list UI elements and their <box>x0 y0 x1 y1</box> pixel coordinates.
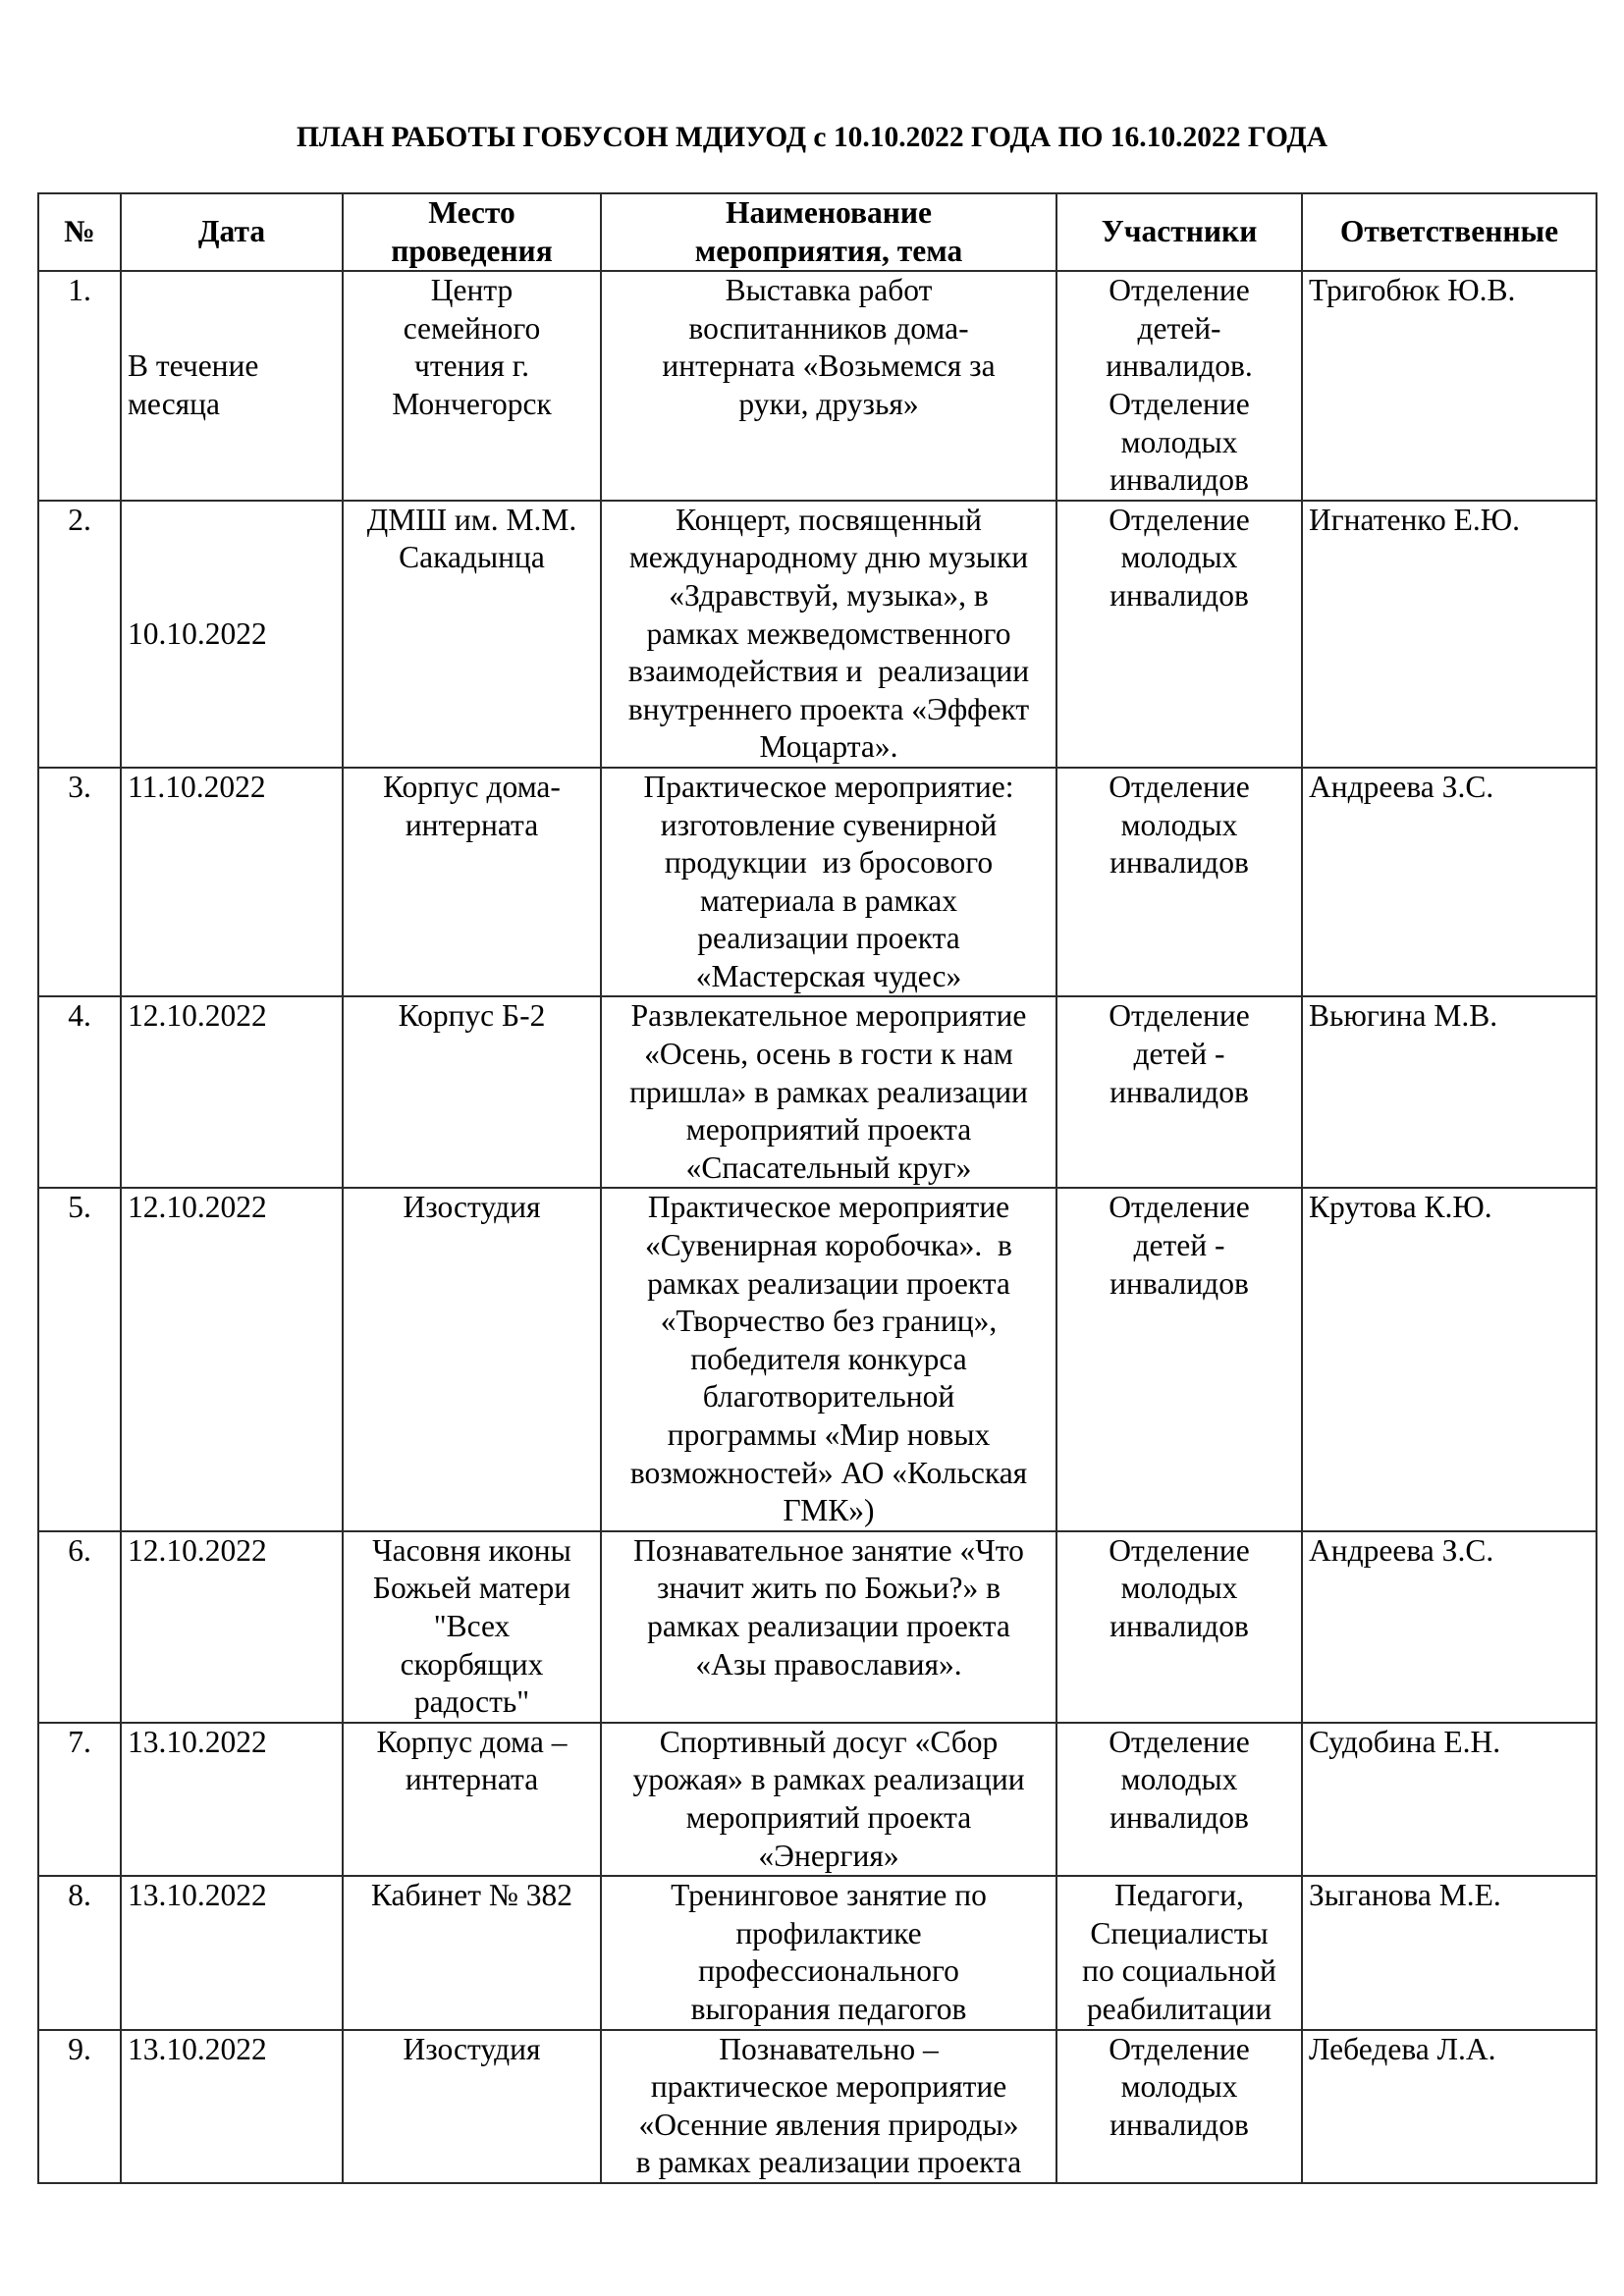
text-line: Отделение <box>1063 1532 1295 1571</box>
text-line: урожая» в рамках реализации <box>608 1761 1050 1799</box>
text-line: Отделение <box>1063 769 1295 807</box>
text-line: руки, друзья» <box>608 386 1050 424</box>
text-line: Изостудия <box>350 1189 594 1227</box>
text-line: Божьей матери <box>350 1570 594 1608</box>
table-row: 2.10.10.2022ДМШ им. М.М.СакадынцаКонцерт… <box>38 501 1597 768</box>
text-line: международному дню музыки <box>608 539 1050 577</box>
work-plan-table: № Дата Местопроведения Наименованиемероп… <box>37 192 1597 2184</box>
date-cell: 13.10.2022 <box>121 1723 343 1876</box>
text-line: Зыганова М.Е. <box>1309 1877 1590 1915</box>
text-line: молодых <box>1063 1570 1295 1608</box>
text-line: месяца <box>128 386 336 424</box>
responsible-cell: Игнатенко Е.Ю. <box>1302 501 1597 768</box>
row-number: 8. <box>38 1876 121 2029</box>
text-line: Крутова К.Ю. <box>1309 1189 1590 1227</box>
text-line: ГМК») <box>608 1492 1050 1530</box>
text-line: Отделение <box>1063 272 1295 310</box>
text-line: Корпус Б-2 <box>350 997 594 1036</box>
date-cell: 12.10.2022 <box>121 1531 343 1723</box>
text-line: Отделение <box>1063 2031 1295 2069</box>
event-cell: Выставка работвоспитанников дома-интерна… <box>601 271 1056 501</box>
table-row: 7.13.10.2022Корпус дома –интернатаСпорти… <box>38 1723 1597 1876</box>
event-cell: Развлекательное мероприятие«Осень, осень… <box>601 996 1056 1188</box>
text-line: ДМШ им. М.М. <box>350 502 594 540</box>
header-number: № <box>38 193 121 271</box>
text-line: мероприятий проекта <box>608 1111 1050 1149</box>
text-line: «Азы православия». <box>608 1646 1050 1684</box>
date-cell: 13.10.2022 <box>121 1876 343 2029</box>
row-number: 1. <box>38 271 121 501</box>
table-row: 6.12.10.2022Часовня иконыБожьей матери"В… <box>38 1531 1597 1723</box>
text-line: Отделение <box>1063 1724 1295 1762</box>
header-date: Дата <box>121 193 343 271</box>
participants-cell: Отделениемолодыхинвалидов <box>1056 1531 1302 1723</box>
responsible-cell: Вьюгина М.В. <box>1302 996 1597 1188</box>
responsible-cell: Судобина Е.Н. <box>1302 1723 1597 1876</box>
text-line: Практическое мероприятие <box>608 1189 1050 1227</box>
text-line: «Энергия» <box>608 1838 1050 1876</box>
responsible-cell: Лебедева Л.А. <box>1302 2030 1597 2183</box>
text-line: проведения <box>350 233 594 271</box>
row-number: 9. <box>38 2030 121 2183</box>
row-number: 3. <box>38 768 121 997</box>
text-line: Отделение <box>1063 1189 1295 1227</box>
date-cell: 13.10.2022 <box>121 2030 343 2183</box>
text-line: Корпус дома – <box>350 1724 594 1762</box>
text-line: реализации проекта <box>608 920 1050 958</box>
text-line: Тренинговое занятие по <box>608 1877 1050 1915</box>
header-participants: Участники <box>1056 193 1302 271</box>
place-cell: Изостудия <box>343 1188 601 1530</box>
place-cell: Центрсемейногочтения г.Мончегорск <box>343 271 601 501</box>
text-line: Познавательно – <box>608 2031 1050 2069</box>
place-cell: Кабинет № 382 <box>343 1876 601 2029</box>
text-line: детей - <box>1063 1036 1295 1074</box>
date-cell: 10.10.2022 <box>121 501 343 768</box>
row-number: 5. <box>38 1188 121 1530</box>
participants-cell: Отделениедетей -инвалидов <box>1056 996 1302 1188</box>
text-line: Ответственные <box>1309 213 1590 251</box>
text-line: возможностей» АО «Кольская <box>608 1455 1050 1493</box>
text-line: 13.10.2022 <box>128 2031 336 2069</box>
text-line: семейного <box>350 310 594 348</box>
row-number: 2. <box>38 501 121 768</box>
text-line: Тригобюк Ю.В. <box>1309 272 1590 310</box>
row-number: 6. <box>38 1531 121 1723</box>
text-line: интерната <box>350 807 594 845</box>
text-line: рамках реализации проекта <box>608 1608 1050 1646</box>
text-line: 13.10.2022 <box>128 1724 336 1762</box>
text-line: Судобина Е.Н. <box>1309 1724 1590 1762</box>
text-line: 12.10.2022 <box>128 1189 336 1227</box>
text-line: молодых <box>1063 807 1295 845</box>
participants-cell: Отделениедетей-инвалидов.Отделениемолоды… <box>1056 271 1302 501</box>
text-line: программы «Мир новых <box>608 1416 1050 1455</box>
text-line: инвалидов <box>1063 844 1295 882</box>
event-cell: Познавательно –практическое мероприятие«… <box>601 2030 1056 2183</box>
text-line: внутреннего проекта «Эффект <box>608 691 1050 729</box>
header-event: Наименованиемероприятия, тема <box>601 193 1056 271</box>
text-line: Педагоги, <box>1063 1877 1295 1915</box>
text-line: Изостудия <box>350 2031 594 2069</box>
text-line: Концерт, посвященный <box>608 502 1050 540</box>
place-cell: ДМШ им. М.М.Сакадынца <box>343 501 601 768</box>
text-line: Отделение <box>1063 502 1295 540</box>
text-line: в рамках реализации проекта <box>608 2144 1050 2182</box>
text-line: Отделение <box>1063 997 1295 1036</box>
text-line: инвалидов <box>1063 1074 1295 1112</box>
text-line: молодых <box>1063 2068 1295 2107</box>
text-line: Место <box>350 194 594 233</box>
text-line: Развлекательное мероприятие <box>608 997 1050 1036</box>
text-line: № <box>45 213 114 251</box>
text-line: «Творчество без границ», <box>608 1303 1050 1341</box>
text-line: скорбящих <box>350 1646 594 1684</box>
text-line: «Мастерская чудес» <box>608 958 1050 996</box>
text-line: Моцарта». <box>608 728 1050 767</box>
table-row: 1.В течениемесяцаЦентрсемейногочтения г.… <box>38 271 1597 501</box>
text-line: Практическое мероприятие: <box>608 769 1050 807</box>
text-line: Центр <box>350 272 594 310</box>
participants-cell: Педагоги,Специалистыпо социальнойреабили… <box>1056 1876 1302 2029</box>
text-line: инвалидов <box>1063 1799 1295 1838</box>
text-line: «Осень, осень в гости к нам <box>608 1036 1050 1074</box>
text-line: Выставка работ <box>608 272 1050 310</box>
text-line: выгорания педагогов <box>608 1991 1050 2029</box>
date-cell: 11.10.2022 <box>121 768 343 997</box>
text-line: профилактике <box>608 1915 1050 1953</box>
event-cell: Концерт, посвященныймеждународному дню м… <box>601 501 1056 768</box>
text-line: детей- <box>1063 310 1295 348</box>
place-cell: Часовня иконыБожьей матери"Всехскорбящих… <box>343 1531 601 1723</box>
text-line: «Спасательный круг» <box>608 1149 1050 1188</box>
row-number: 4. <box>38 996 121 1188</box>
place-cell: Корпус дома –интерната <box>343 1723 601 1876</box>
participants-cell: Отделениедетей -инвалидов <box>1056 1188 1302 1530</box>
event-cell: Спортивный досуг «Сборурожая» в рамках р… <box>601 1723 1056 1876</box>
participants-cell: Отделениемолодыхинвалидов <box>1056 768 1302 997</box>
responsible-cell: Андреева З.С. <box>1302 768 1597 997</box>
text-line: Сакадынца <box>350 539 594 577</box>
text-line: детей - <box>1063 1227 1295 1265</box>
row-number: 7. <box>38 1723 121 1876</box>
text-line: инвалидов <box>1063 2107 1295 2145</box>
place-cell: Корпус Б-2 <box>343 996 601 1188</box>
text-line: победителя конкурса <box>608 1341 1050 1379</box>
text-line: Наименование <box>608 194 1050 233</box>
text-line: молодых <box>1063 539 1295 577</box>
date-cell: 12.10.2022 <box>121 996 343 1188</box>
place-cell: Изостудия <box>343 2030 601 2183</box>
event-cell: Практическое мероприятие«Сувенирная коро… <box>601 1188 1056 1530</box>
text-line: благотворительной <box>608 1378 1050 1416</box>
text-line: инвалидов <box>1063 1608 1295 1646</box>
text-line: 11.10.2022 <box>128 769 336 807</box>
text-line: продукции из бросового <box>608 844 1050 882</box>
text-line: мероприятий проекта <box>608 1799 1050 1838</box>
text-line: интерната <box>350 1761 594 1799</box>
text-line: Дата <box>128 213 336 251</box>
text-line: 10.10.2022 <box>128 615 336 654</box>
text-line: 12.10.2022 <box>128 997 336 1036</box>
table-row: 4.12.10.2022Корпус Б-2Развлекательное ме… <box>38 996 1597 1188</box>
text-line: радость" <box>350 1683 594 1722</box>
text-line: инвалидов <box>1063 577 1295 615</box>
event-cell: Практическое мероприятие:изготовление су… <box>601 768 1056 997</box>
responsible-cell: Крутова К.Ю. <box>1302 1188 1597 1530</box>
text-line: Специалисты <box>1063 1915 1295 1953</box>
text-line: интерната «Возьмемся за <box>608 347 1050 386</box>
text-line: Вьюгина М.В. <box>1309 997 1590 1036</box>
responsible-cell: Андреева З.С. <box>1302 1531 1597 1723</box>
text-line: Андреева З.С. <box>1309 1532 1590 1571</box>
text-line: «Сувенирная коробочка». в <box>608 1227 1050 1265</box>
text-line: В течение <box>128 347 336 386</box>
text-line: «Осенние явления природы» <box>608 2107 1050 2145</box>
text-line: воспитанников дома- <box>608 310 1050 348</box>
responsible-cell: Зыганова М.Е. <box>1302 1876 1597 2029</box>
table-row: 5.12.10.2022ИзостудияПрактическое меропр… <box>38 1188 1597 1530</box>
text-line: Участники <box>1063 213 1295 251</box>
text-line: инвалидов <box>1063 1265 1295 1304</box>
text-line: Корпус дома- <box>350 769 594 807</box>
text-line: молодых <box>1063 1761 1295 1799</box>
text-line: практическое мероприятие <box>608 2068 1050 2107</box>
text-line: значит жить по Божьи?» в <box>608 1570 1050 1608</box>
text-line: Отделение <box>1063 386 1295 424</box>
text-line: профессионального <box>608 1952 1050 1991</box>
text-line: Спортивный досуг «Сбор <box>608 1724 1050 1762</box>
text-line: по социальной <box>1063 1952 1295 1991</box>
event-cell: Тренинговое занятие попрофилактикепрофес… <box>601 1876 1056 2029</box>
text-line: «Здравствуй, музыка», в <box>608 577 1050 615</box>
text-line: изготовление сувенирной <box>608 807 1050 845</box>
table-row: 3.11.10.2022Корпус дома-интернатаПрактич… <box>38 768 1597 997</box>
table-body: 1.В течениемесяцаЦентрсемейногочтения г.… <box>38 271 1597 2183</box>
text-line: рамках реализации проекта <box>608 1265 1050 1304</box>
document-title: ПЛАН РАБОТЫ ГОБУСОН МДИУОД с 10.10.2022 … <box>0 118 1624 157</box>
text-line: Мончегорск <box>350 386 594 424</box>
text-line: Познавательное занятие «Что <box>608 1532 1050 1571</box>
text-line: инвалидов. <box>1063 347 1295 386</box>
participants-cell: Отделениемолодыхинвалидов <box>1056 501 1302 768</box>
text-line: материала в рамках <box>608 882 1050 921</box>
text-line: 12.10.2022 <box>128 1532 336 1571</box>
text-line: Андреева З.С. <box>1309 769 1590 807</box>
text-line: Игнатенко Е.Ю. <box>1309 502 1590 540</box>
header-place: Местопроведения <box>343 193 601 271</box>
date-cell: 12.10.2022 <box>121 1188 343 1530</box>
responsible-cell: Тригобюк Ю.В. <box>1302 271 1597 501</box>
text-line: "Всех <box>350 1608 594 1646</box>
date-cell: В течениемесяца <box>121 271 343 501</box>
text-line: 13.10.2022 <box>128 1877 336 1915</box>
text-line: молодых <box>1063 424 1295 462</box>
place-cell: Корпус дома-интерната <box>343 768 601 997</box>
text-line: Часовня иконы <box>350 1532 594 1571</box>
text-line: Кабинет № 382 <box>350 1877 594 1915</box>
participants-cell: Отделениемолодыхинвалидов <box>1056 1723 1302 1876</box>
table-header-row: № Дата Местопроведения Наименованиемероп… <box>38 193 1597 271</box>
participants-cell: Отделениемолодыхинвалидов <box>1056 2030 1302 2183</box>
event-cell: Познавательное занятие «Чтозначит жить п… <box>601 1531 1056 1723</box>
text-line: мероприятия, тема <box>608 233 1050 271</box>
text-line: рамках межведомственного <box>608 615 1050 654</box>
header-responsible: Ответственные <box>1302 193 1597 271</box>
table-row: 9.13.10.2022ИзостудияПознавательно –прак… <box>38 2030 1597 2183</box>
text-line: чтения г. <box>350 347 594 386</box>
text-line: пришла» в рамках реализации <box>608 1074 1050 1112</box>
text-line: реабилитации <box>1063 1991 1295 2029</box>
table-row: 8.13.10.2022Кабинет № 382Тренинговое зан… <box>38 1876 1597 2029</box>
text-line: взаимодействия и реализации <box>608 653 1050 691</box>
text-line: Лебедева Л.А. <box>1309 2031 1590 2069</box>
text-line: инвалидов <box>1063 461 1295 500</box>
